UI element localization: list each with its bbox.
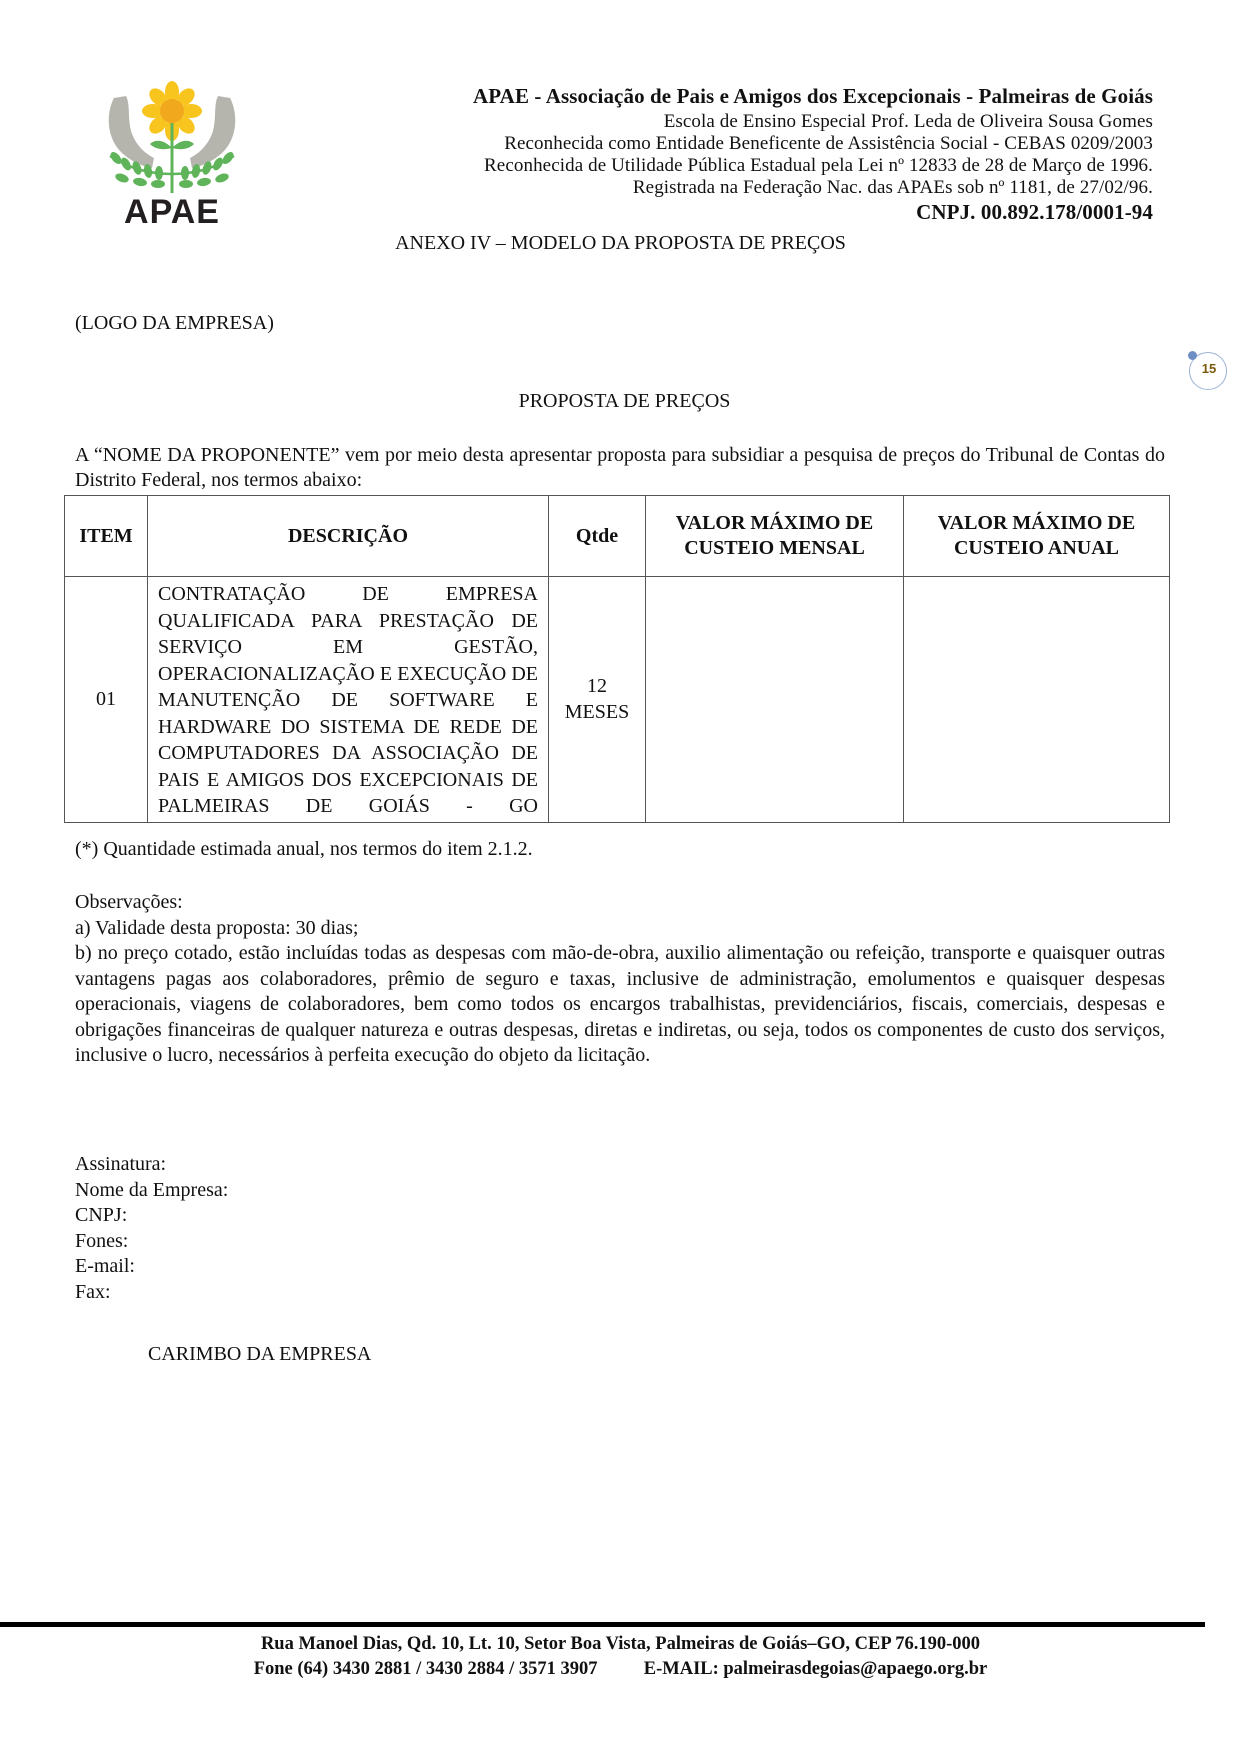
cnpj-field: CNPJ: [75,1203,228,1229]
footer-contacts: Fone (64) 3430 2881 / 3430 2884 / 3571 3… [0,1659,1241,1680]
intro-paragraph: A “NOME DA PROPONENTE” vem por meio dest… [75,443,1165,493]
observation-a: a) Validade desta proposta: 30 dias; [75,916,1165,942]
page-number: 15 [1190,361,1228,376]
header-monthly-max: VALOR MÁXIMO DE CUSTEIO MENSAL [646,496,904,577]
signature-block: Assinatura: Nome da Empresa: CNPJ: Fones… [75,1152,228,1305]
observations-title: Observações: [75,890,1165,916]
apae-logo-text: APAE [124,193,220,228]
company-stamp: CARIMBO DA EMPRESA [148,1343,371,1366]
header-cnpj: CNPJ. 00.892.178/0001-94 [916,200,1153,225]
header-description: DESCRIÇÃO [148,496,549,577]
observation-b: b) no preço cotado, estão incluídas toda… [75,941,1165,1069]
table-row: 01 CONTRATAÇÃO DE EMPRESA QUALIFICADA PA… [65,577,1170,823]
institution-name: APAE - Associação de Pais e Amigos dos E… [473,84,1153,109]
footer-phones: Fone (64) 3430 2881 / 3430 2884 / 3571 3… [254,1659,598,1679]
header-qtde: Qtde [549,496,646,577]
table-header-row: ITEM DESCRIÇÃO Qtde VALOR MÁXIMO DE CUST… [65,496,1170,577]
header-line-registration: Registrada na Federação Nac. das APAEs s… [633,177,1153,199]
company-name-field: Nome da Empresa: [75,1178,228,1204]
header-line-school: Escola de Ensino Especial Prof. Leda de … [664,111,1153,133]
phones-field: Fones: [75,1229,228,1255]
signature-field: Assinatura: [75,1152,228,1178]
email-field: E-mail: [75,1254,228,1280]
proposal-title: PROPOSTA DE PREÇOS [0,390,1241,413]
apae-logo: APAE [92,78,252,228]
company-logo-placeholder: (LOGO DA EMPRESA) [75,312,274,335]
footer-email: E-MAIL: palmeirasdegoias@apaego.org.br [644,1659,988,1679]
cell-monthly-max[interactable] [646,577,904,823]
footer-divider [0,1622,1205,1627]
table-footnote: (*) Quantidade estimada anual, nos termo… [75,838,533,861]
annex-title: ANEXO IV – MODELO DA PROPOSTA DE PREÇOS [0,232,1241,255]
header-annual-max: VALOR MÁXIMO DE CUSTEIO ANUAL [904,496,1170,577]
page-number-badge: 15 [1189,352,1227,390]
observations: Observações: a) Validade desta proposta:… [75,890,1165,1069]
cell-qtde: 12 MESES [549,577,646,823]
footer-address: Rua Manoel Dias, Qd. 10, Lt. 10, Setor B… [0,1634,1241,1655]
price-table: ITEM DESCRIÇÃO Qtde VALOR MÁXIMO DE CUST… [64,495,1170,823]
fax-field: Fax: [75,1280,228,1306]
header-line-utility: Reconhecida de Utilidade Pública Estadua… [484,155,1153,177]
header-line-cebas: Reconhecida como Entidade Beneficente de… [504,133,1153,155]
cell-annual-max[interactable] [904,577,1170,823]
badge-dot-icon [1188,351,1197,360]
cell-item: 01 [65,577,148,823]
header-item: ITEM [65,496,148,577]
apae-flower-hands-icon: APAE [92,78,252,228]
cell-description: CONTRATAÇÃO DE EMPRESA QUALIFICADA PARA … [148,577,549,823]
